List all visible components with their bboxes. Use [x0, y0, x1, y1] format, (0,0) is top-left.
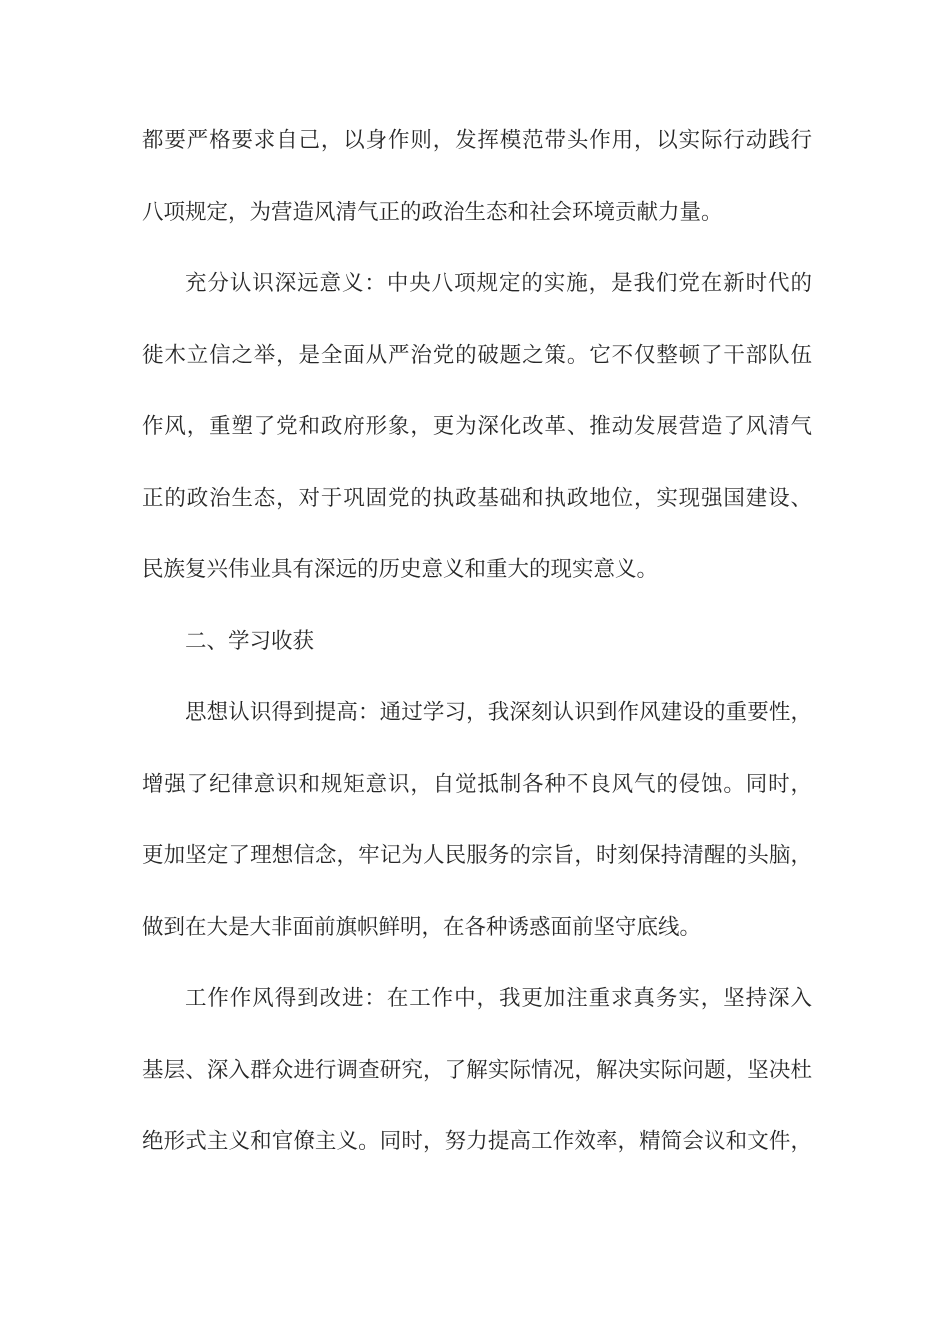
text-line: 更加坚定了理想信念，牢记为人民服务的宗旨，时刻保持清醒的头脑，: [142, 820, 812, 892]
text-line: 基层、深入群众进行调查研究，了解实际情况，解决实际问题，坚决杜: [142, 1035, 812, 1107]
text-line: 都要严格要求自己，以身作则，发挥模范带头作用，以实际行动践行: [142, 105, 812, 177]
text-line: 正的政治生态，对于巩固党的执政基础和执政地位，实现强国建设、: [142, 463, 812, 535]
text-line: 做到在大是大非面前旗帜鲜明，在各种诱惑面前坚守底线。: [142, 892, 812, 964]
text-line: 作风，重塑了党和政府形象，更为深化改革、推动发展营造了风清气: [142, 391, 812, 463]
document-text-body: 都要严格要求自己，以身作则，发挥模范带头作用，以实际行动践行八项规定，为营造风清…: [142, 105, 812, 1178]
text-line: 八项规定，为营造风清气正的政治生态和社会环境贡献力量。: [142, 177, 812, 249]
document-page: 都要严格要求自己，以身作则，发挥模范带头作用，以实际行动践行八项规定，为营造风清…: [0, 0, 950, 1344]
text-line: 绝形式主义和官僚主义。同时，努力提高工作效率，精简会议和文件，: [142, 1106, 812, 1178]
text-line: 徙木立信之举，是全面从严治党的破题之策。它不仅整顿了干部队伍: [142, 320, 812, 392]
text-line: 民族复兴伟业具有深远的历史意义和重大的现实意义。: [142, 534, 812, 606]
text-line: 充分认识深远意义：中央八项规定的实施，是我们党在新时代的: [142, 248, 812, 320]
text-line: 思想认识得到提高：通过学习，我深刻认识到作风建设的重要性，: [142, 677, 812, 749]
section-heading: 二、学习收获: [142, 606, 812, 678]
text-line: 增强了纪律意识和规矩意识，自觉抵制各种不良风气的侵蚀。同时，: [142, 749, 812, 821]
text-line: 工作作风得到改进：在工作中，我更加注重求真务实，坚持深入: [142, 963, 812, 1035]
